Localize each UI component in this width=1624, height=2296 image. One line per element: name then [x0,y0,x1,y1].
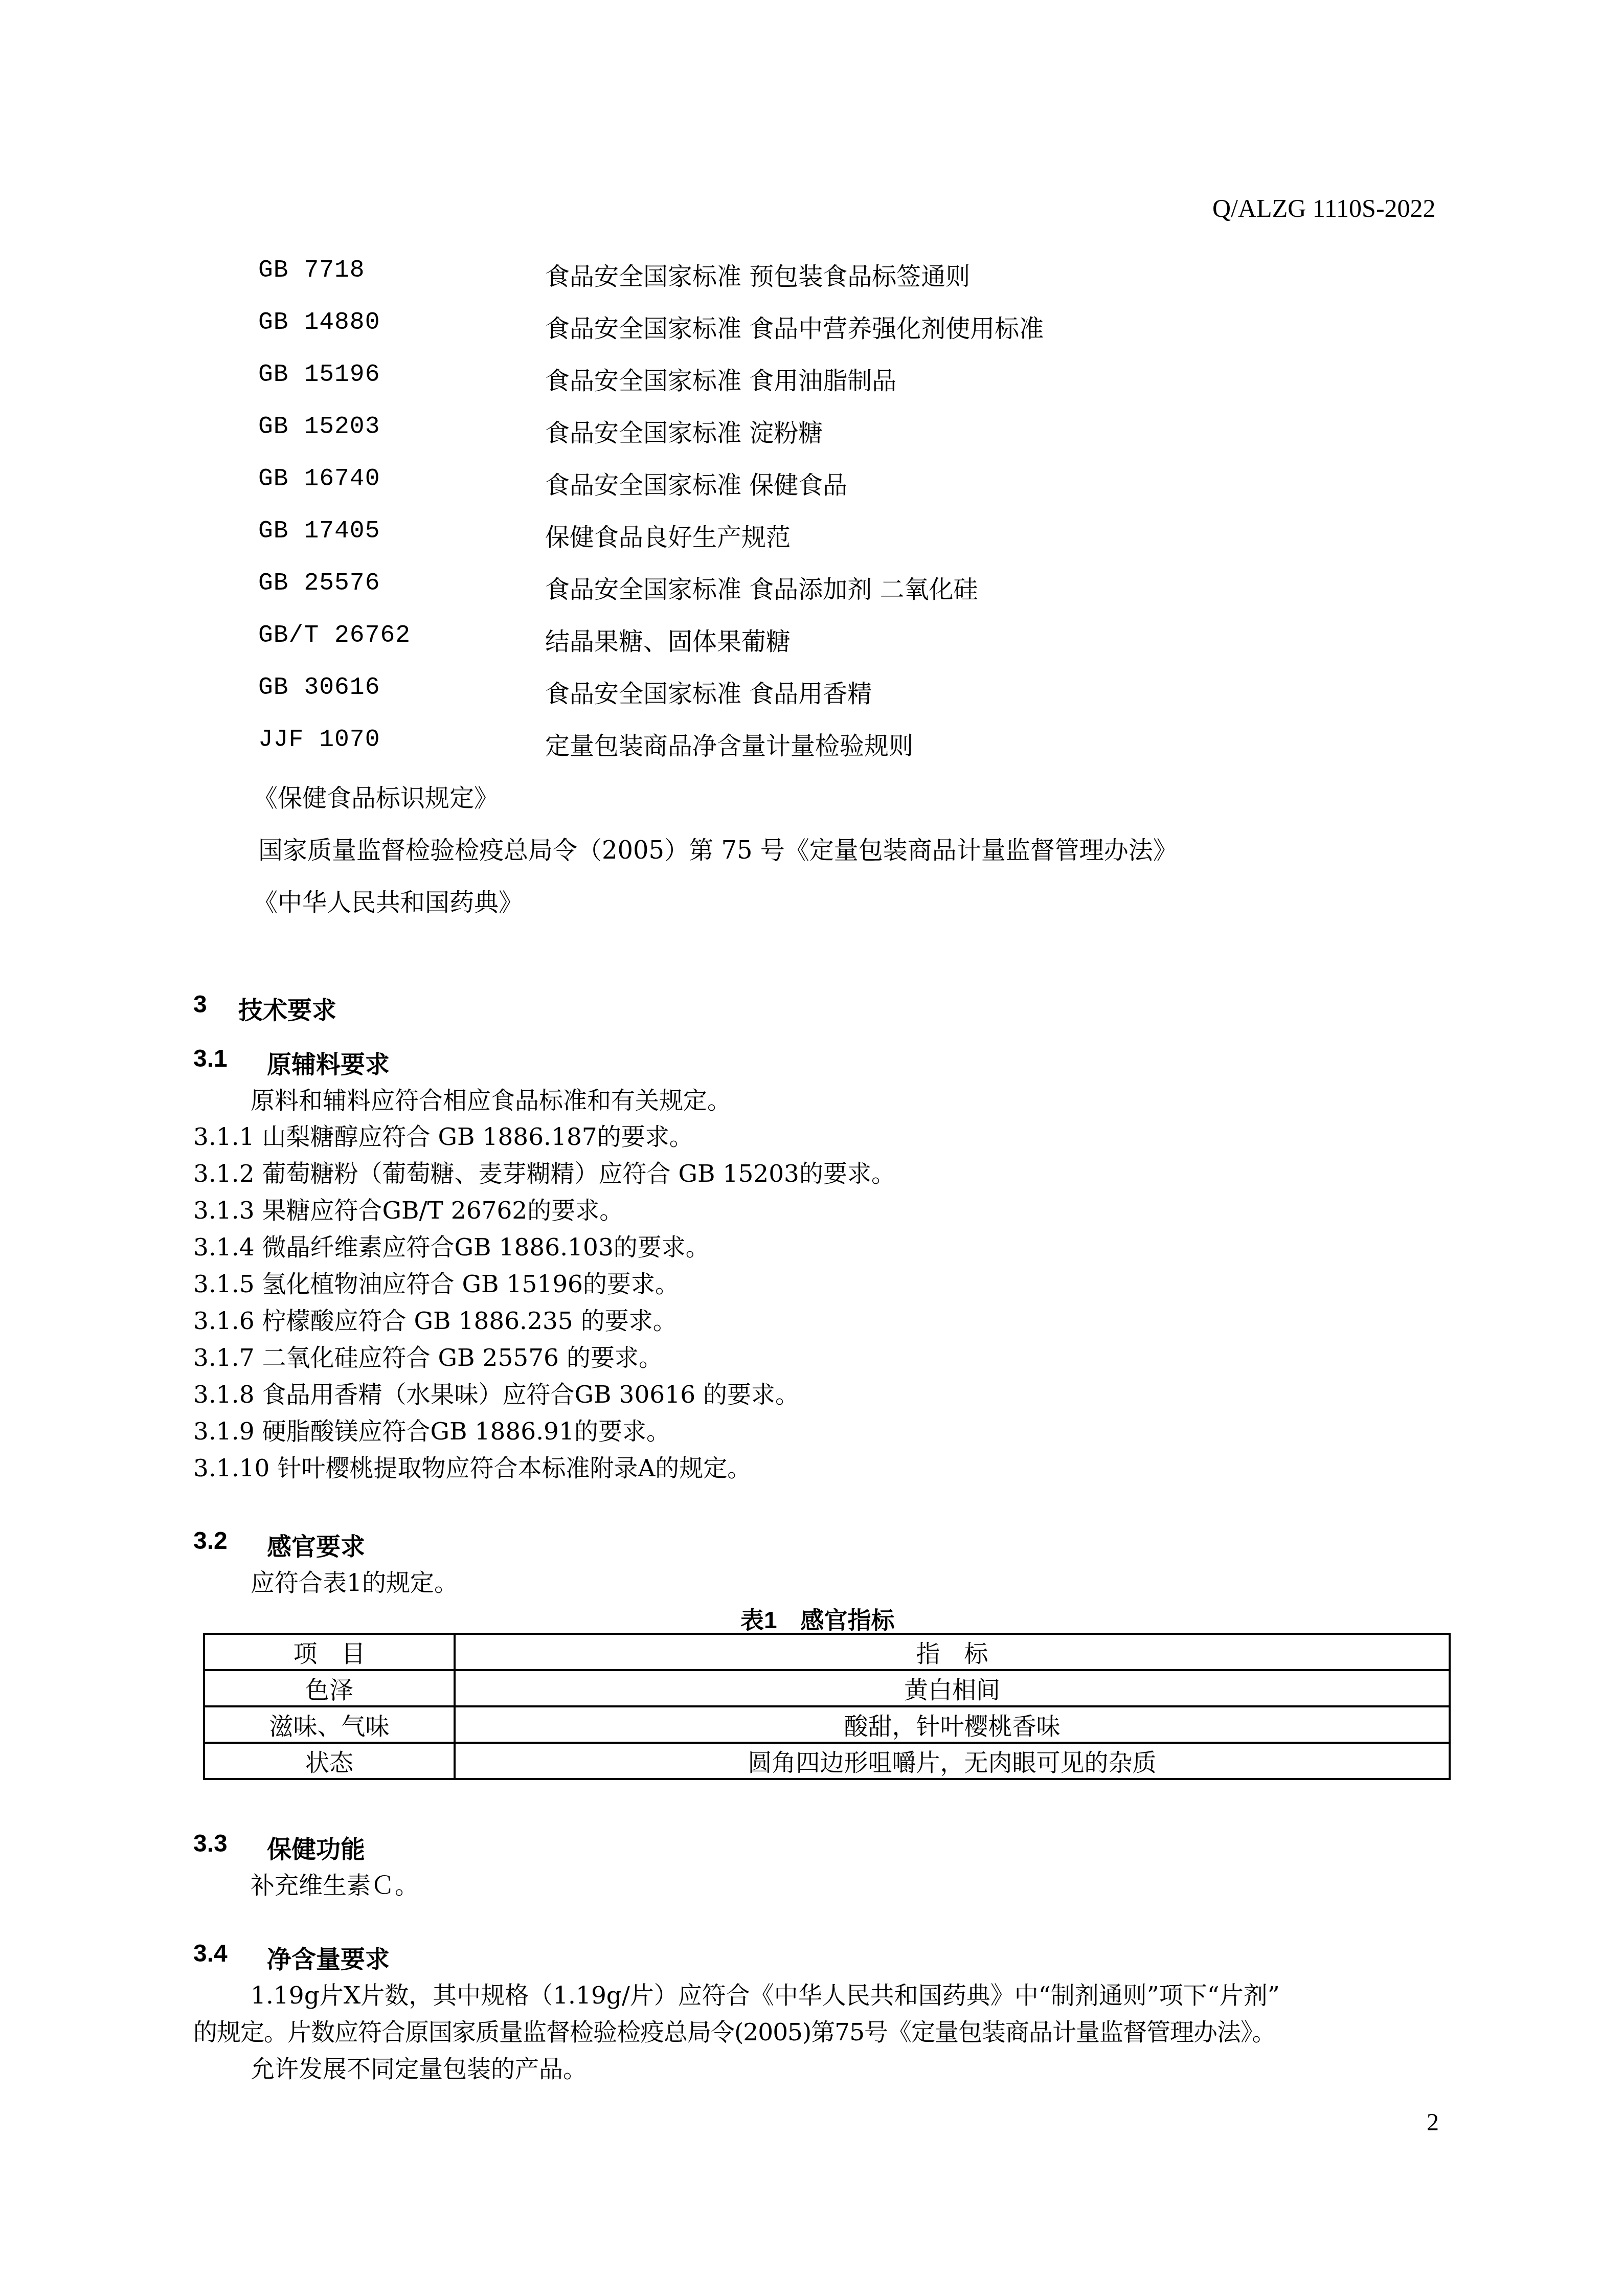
subsection-title: 净含量要求 [267,1940,390,1975]
paragraph: 原料和辅料应符合相应食品标准和有关规定。 [251,1082,731,1116]
table-cell: 状态 [204,1743,455,1779]
reference-title: 食品安全国家标准 食品中营养强化剂使用标准 [545,309,1044,344]
subsection-title: 原辅料要求 [267,1045,390,1080]
table-row: 色泽 黄白相间 [204,1670,1450,1706]
list-item: 3.1.10 针叶樱桃提取物应符合本标准附录A的规定。 [193,1449,751,1483]
table-caption: 表1 感官指标 [740,1602,895,1635]
table-cell: 滋味、气味 [204,1706,455,1743]
section-heading-title: 技术要求 [238,991,336,1026]
table-row: 状态 圆角四边形咀嚼片，无肉眼可见的杂质 [204,1743,1450,1779]
reference-title: 食品安全国家标准 食品用香精 [545,674,872,709]
table-row: 滋味、气味 酸甜，针叶樱桃香味 [204,1706,1450,1743]
page-number: 2 [1427,2108,1439,2136]
subsection-number: 3.3 [193,1830,228,1858]
other-reference: 国家质量监督检验检疫总局令（2005）第 75 号《定量包装商品计量监督管理办法… [258,830,1178,866]
paragraph: 的规定。片数应符合原国家质量监督检验检疫总局令(2005)第75号《定量包装商品… [193,2013,1276,2047]
reference-code: GB 16740 [258,465,380,493]
subsection-title: 感官要求 [267,1527,365,1562]
reference-code: GB 17405 [258,517,380,545]
other-reference: 《保健食品标识规定》 [253,778,499,814]
list-item: 3.1.2 葡萄糖粉（葡萄糖、麦芽糊精）应符合 GB 15203的要求。 [193,1155,895,1189]
table-cell: 色泽 [204,1670,455,1706]
paragraph: 1.19g片X片数，其中规格（1.19g/片）应符合《中华人民共和国药典》中“制… [251,1976,1280,2011]
reference-title: 食品安全国家标准 食用油脂制品 [545,361,896,396]
paragraph: 允许发展不同定量包装的产品。 [251,2050,587,2084]
reference-code: GB 15203 [258,413,380,441]
column-header: 指 标 [455,1634,1450,1670]
reference-title: 结晶果糖、固体果葡糖 [545,622,791,657]
reference-title: 定量包装商品净含量计量检验规则 [545,726,913,761]
table-cell: 圆角四边形咀嚼片，无肉眼可见的杂质 [455,1743,1450,1779]
reference-title: 食品安全国家标准 淀粉糖 [545,413,823,448]
reference-title: 食品安全国家标准 保健食品 [545,465,847,501]
reference-code: GB 14880 [258,309,380,336]
list-item: 3.1.4 微晶纤维素应符合GB 1886.103的要求。 [193,1228,710,1263]
reference-title: 保健食品良好生产规范 [545,517,791,553]
reference-title: 食品安全国家标准 预包装食品标签通则 [545,257,970,292]
section-heading-number: 3 [193,991,207,1019]
table-cell: 黄白相间 [455,1670,1450,1706]
reference-title: 食品安全国家标准 食品添加剂 二氧化硅 [545,570,978,605]
list-item: 3.1.3 果糖应符合GB/T 26762的要求。 [193,1191,623,1226]
sensory-table: 项 目 指 标 色泽 黄白相间 滋味、气味 酸甜，针叶樱桃香味 状态 圆角四边形… [203,1633,1451,1780]
list-item: 3.1.7 二氧化硅应符合 GB 25576 的要求。 [193,1339,663,1373]
paragraph: 应符合表1的规定。 [251,1564,458,1598]
reference-code: JJF 1070 [258,726,380,754]
list-item: 3.1.9 硬脂酸镁应符合GB 1886.91的要求。 [193,1412,670,1447]
subsection-number: 3.4 [193,1940,228,1968]
reference-code: GB 25576 [258,570,380,597]
reference-code: GB 7718 [258,257,365,284]
column-header: 项 目 [204,1634,455,1670]
reference-code: GB/T 26762 [258,622,411,649]
paragraph: 补充维生素Ｃ。 [251,1866,419,1901]
document-code: Q/ALZG 1110S-2022 [1212,193,1436,223]
subsection-number: 3.2 [193,1527,228,1555]
reference-code: GB 15196 [258,361,380,389]
list-item: 3.1.5 氢化植物油应符合 GB 15196的要求。 [193,1265,679,1299]
list-item: 3.1.1 山梨糖醇应符合 GB 1886.187的要求。 [193,1118,693,1152]
table-header-row: 项 目 指 标 [204,1634,1450,1670]
subsection-title: 保健功能 [267,1830,365,1865]
other-reference: 《中华人民共和国药典》 [253,883,523,918]
subsection-number: 3.1 [193,1045,228,1073]
reference-code: GB 30616 [258,674,380,702]
list-item: 3.1.8 食品用香精（水果味）应符合GB 30616 的要求。 [193,1376,799,1410]
table-cell: 酸甜，针叶樱桃香味 [455,1706,1450,1743]
list-item: 3.1.6 柠檬酸应符合 GB 1886.235 的要求。 [193,1302,677,1336]
